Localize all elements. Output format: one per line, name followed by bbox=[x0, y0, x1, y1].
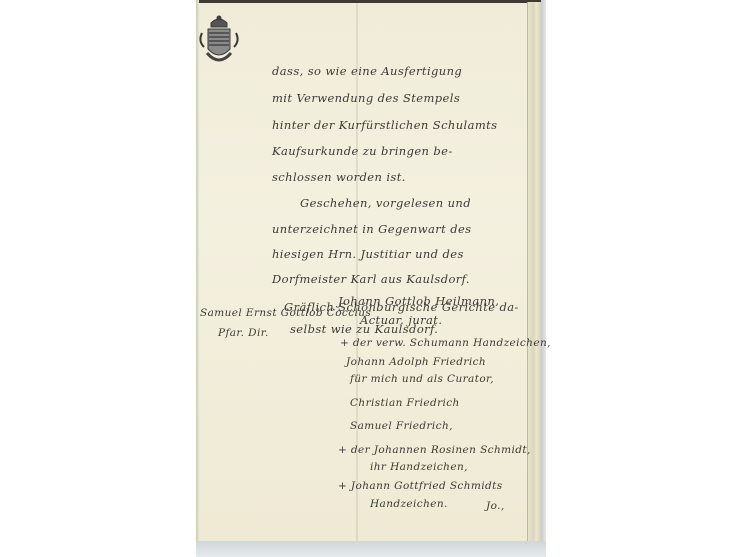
body-line: hiesigen Hrn. Justitiar und des bbox=[272, 247, 464, 261]
signature-line: Johann Gottlob Heilmann, bbox=[338, 294, 499, 308]
body-line: schlossen worden ist. bbox=[272, 170, 406, 184]
scan-shadow bbox=[541, 0, 546, 546]
body-line: Dorfmeister Karl aus Kaulsdorf. bbox=[272, 272, 470, 286]
body-line: Kaufsurkunde zu bringen be- bbox=[272, 144, 453, 158]
body-line: mit Verwendung des Stempels bbox=[272, 91, 460, 105]
signature-line: + Johann Gottfried Schmidts bbox=[338, 480, 503, 492]
signature-line: Johann Adolph Friedrich bbox=[346, 356, 486, 368]
body-line: dass, so wie eine Ausfertigung bbox=[272, 64, 462, 78]
body-line: Geschehen, vorgelesen und bbox=[300, 196, 471, 210]
signature-line: + der Johannen Rosinen Schmidt, bbox=[338, 444, 531, 456]
signature-left: Samuel Ernst Gottlob Coccius bbox=[200, 307, 371, 319]
signature-line: Christian Friedrich bbox=[350, 397, 460, 409]
signature-line: Actuar. jurat. bbox=[360, 313, 442, 327]
body-line: hinter der Kurfürstlichen Schulamts bbox=[272, 118, 497, 132]
page-catchword: Jo., bbox=[486, 500, 505, 512]
scan-left-edge bbox=[196, 0, 199, 546]
coat-of-arms-stamp-icon bbox=[198, 13, 240, 67]
scan-top-edge bbox=[196, 0, 546, 3]
signature-line: Handzeichen. bbox=[370, 498, 448, 510]
signature-line: Samuel Friedrich, bbox=[350, 420, 453, 432]
signature-left: Pfar. Dir. bbox=[218, 327, 269, 339]
scan-bottom-edge bbox=[196, 541, 546, 557]
page-edge bbox=[527, 2, 542, 542]
signature-line: ihr Handzeichen, bbox=[370, 461, 468, 473]
signature-line: + der verw. Schumann Handzeichen, bbox=[340, 337, 551, 349]
body-line: unterzeichnet in Gegenwart des bbox=[272, 222, 471, 236]
signature-line: für mich und als Curator, bbox=[350, 373, 494, 385]
